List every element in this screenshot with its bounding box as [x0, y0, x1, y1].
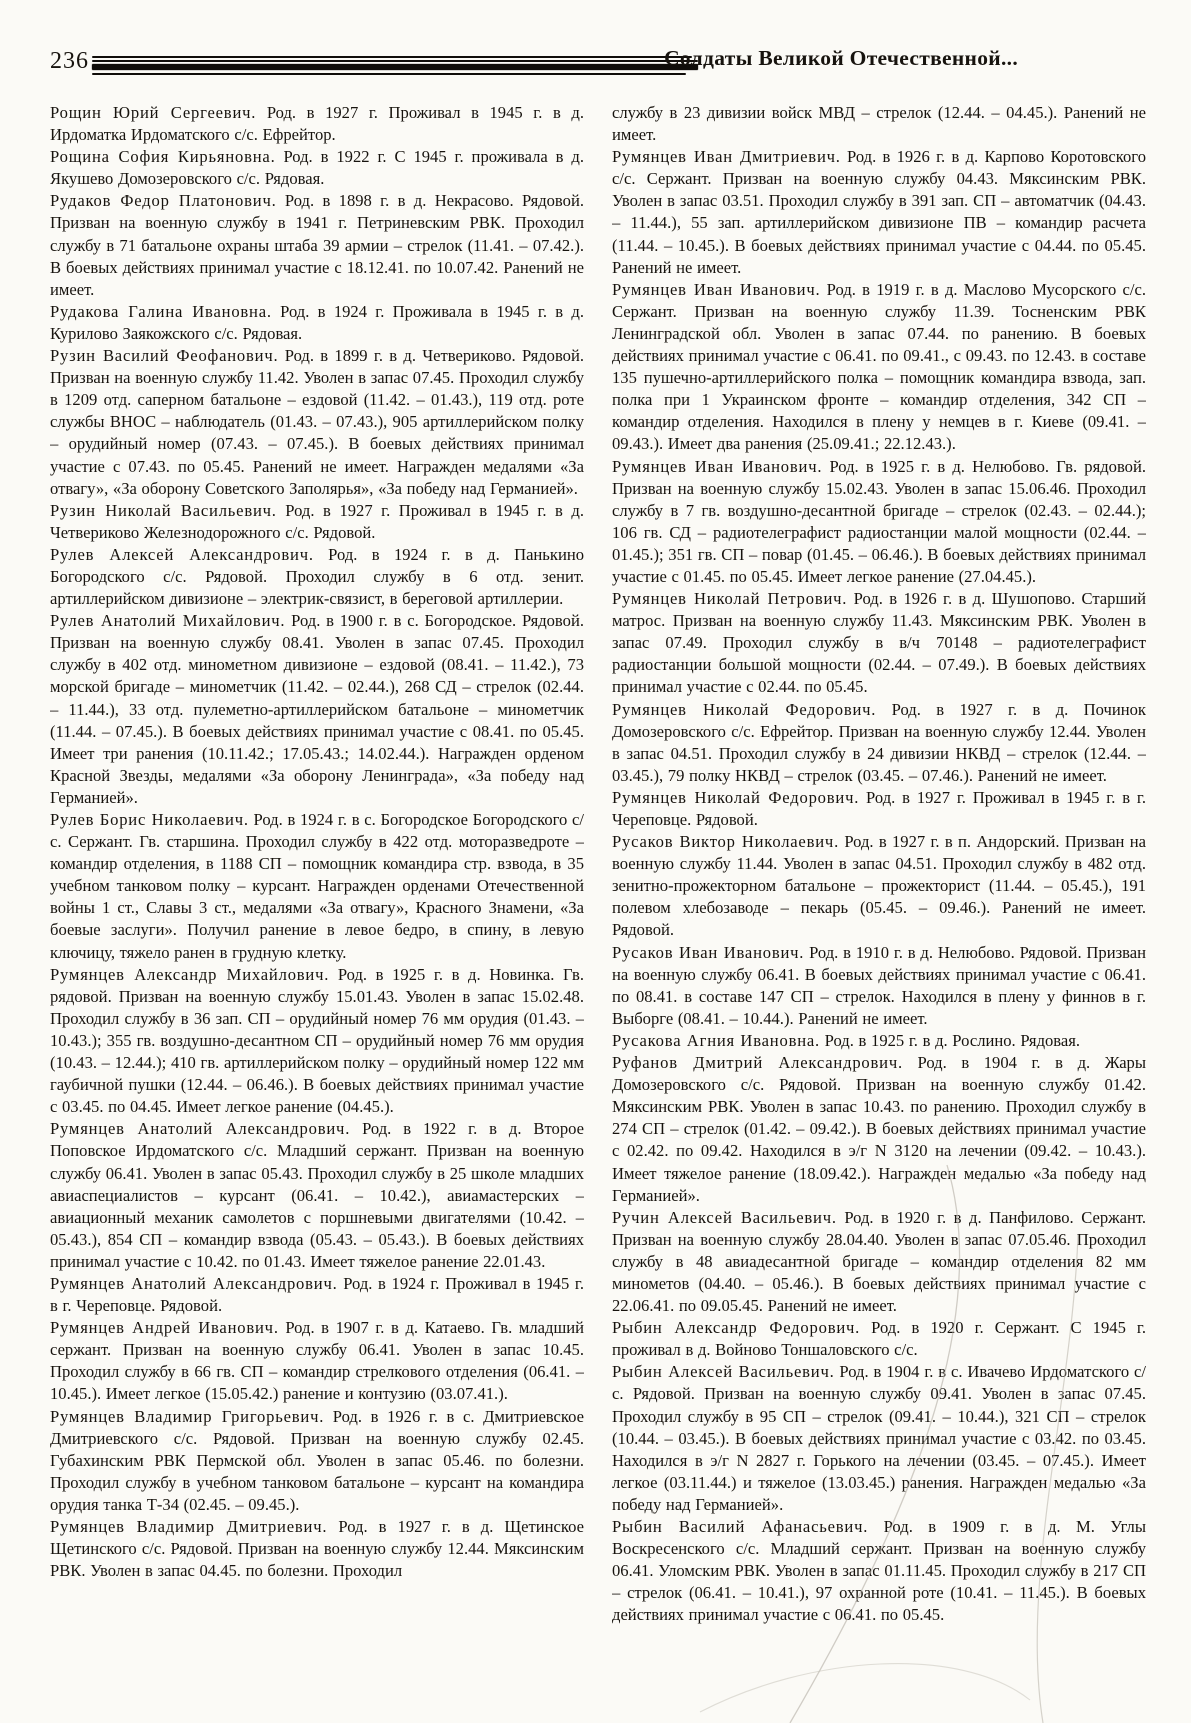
soldier-name: Рулев Борис Николаевич. [50, 810, 249, 829]
soldier-name: Рыбин Алексей Васильевич. [612, 1362, 835, 1381]
soldier-name: Румянцев Владимир Дмитриевич. [50, 1517, 327, 1536]
biography-entry: Рузин Василий Феофанович. Род. в 1899 г.… [50, 345, 584, 500]
biography-entry: Румянцев Иван Дмитриевич. Род. в 1926 г.… [612, 146, 1146, 279]
biography-entry: Румянцев Анатолий Александрович. Род. в … [50, 1118, 584, 1273]
biography-entry: Руфанов Дмитрий Александрович. Род. в 19… [612, 1052, 1146, 1207]
soldier-name: Русаков Иван Иванович. [612, 943, 804, 962]
biography-entry: Рыбин Алексей Васильевич. Род. в 1904 г.… [612, 1361, 1146, 1516]
soldier-name: Румянцев Иван Дмитриевич. [612, 147, 841, 166]
soldier-name: Рудаков Федор Платонович. [50, 191, 277, 210]
biography-entry: Рулев Анатолий Михайлович. Род. в 1900 г… [50, 610, 584, 809]
biography-entry: Рощин Юрий Сергеевич. Род. в 1927 г. Про… [50, 102, 584, 146]
soldier-name: Рощин Юрий Сергеевич. [50, 103, 256, 122]
rule-line-thick [92, 64, 698, 70]
biography-entry: Румянцев Иван Иванович. Род. в 1925 г. в… [612, 456, 1146, 589]
biography-entry: Рыбин Александр Федорович. Род. в 1920 г… [612, 1317, 1146, 1361]
biography-entry: Румянцев Андрей Иванович. Род. в 1907 г.… [50, 1317, 584, 1405]
biography-entry: Румянцев Николай Петрович. Род. в 1926 г… [612, 588, 1146, 698]
rule-line [92, 56, 692, 58]
biography-entry: Русаков Иван Иванович. Род. в 1910 г. в … [612, 942, 1146, 1030]
soldier-name: Рыбин Александр Федорович. [612, 1318, 860, 1337]
book-page: 236 Солдаты Великой Отечественной... Рощ… [0, 0, 1191, 1723]
soldier-name: Румянцев Александр Михайлович. [50, 965, 329, 984]
page-number: 236 [50, 48, 89, 75]
soldier-name: Рузин Василий Феофанович. [50, 346, 278, 365]
biography-entry: Ручин Алексей Васильевич. Род. в 1920 г.… [612, 1207, 1146, 1317]
text-columns: Рощин Юрий Сергеевич. Род. в 1927 г. Про… [50, 102, 1146, 1716]
biography-entry: Румянцев Владимир Григорьевич. Род. в 19… [50, 1406, 584, 1516]
biography-entry: Рудакова Галина Ивановна. Род. в 1924 г.… [50, 301, 584, 345]
soldier-name: Румянцев Иван Иванович. [612, 457, 822, 476]
header-rule [92, 56, 698, 75]
biography-entry: Румянцев Владимир Дмитриевич. Род. в 192… [50, 1516, 584, 1582]
right-column: службу в 23 дивизии войск МВД – стрелок … [612, 102, 1146, 1716]
rule-line [92, 60, 698, 62]
biography-entry: Рузин Николай Васильевич. Род. в 1927 г.… [50, 500, 584, 544]
soldier-name: Рощина София Кирьяновна. [50, 147, 276, 166]
soldier-name: Румянцев Николай Федорович. [612, 788, 859, 807]
soldier-name: Рыбин Василий Афанасьевич. [612, 1517, 868, 1536]
soldier-name: Румянцев Иван Иванович. [612, 280, 820, 299]
soldier-name: Румянцев Владимир Григорьевич. [50, 1407, 324, 1426]
soldier-name: Румянцев Николай Петрович. [612, 589, 847, 608]
soldier-name: Русакова Агния Ивановна. [612, 1031, 820, 1050]
soldier-name: Рудакова Галина Ивановна. [50, 302, 272, 321]
soldier-name: Русаков Виктор Николаевич. [612, 832, 839, 851]
biography-entry: Румянцев Николай Федорович. Род. в 1927 … [612, 699, 1146, 787]
soldier-name: Ручин Алексей Васильевич. [612, 1208, 837, 1227]
biography-entry: Рулев Алексей Александрович. Род. в 1924… [50, 544, 584, 610]
biography-entry: Русакова Агния Ивановна. Род. в 1925 г. … [612, 1030, 1146, 1052]
page-header: 236 Солдаты Великой Отечественной... [50, 44, 1146, 84]
biography-entry: Рулев Борис Николаевич. Род. в 1924 г. в… [50, 809, 584, 964]
soldier-name: Румянцев Анатолий Александрович. [50, 1119, 350, 1138]
soldier-name: Рулев Анатолий Михайлович. [50, 611, 285, 630]
biography-entry: Рыбин Василий Афанасьевич. Род. в 1909 г… [612, 1516, 1146, 1626]
soldier-name: Руфанов Дмитрий Александрович. [612, 1053, 903, 1072]
soldier-name: Румянцев Анатолий Александрович. [50, 1274, 338, 1293]
biography-entry: Румянцев Иван Иванович. Род. в 1919 г. в… [612, 279, 1146, 456]
biography-entry: Румянцев Николай Федорович. Род. в 1927 … [612, 787, 1146, 831]
biography-entry: Румянцев Александр Михайлович. Род. в 19… [50, 964, 584, 1119]
biography-entry: Русаков Виктор Николаевич. Род. в 1927 г… [612, 831, 1146, 941]
rule-line [92, 73, 686, 75]
soldier-name: Рузин Николай Васильевич. [50, 501, 277, 520]
left-column: Рощин Юрий Сергеевич. Род. в 1927 г. Про… [50, 102, 584, 1716]
running-title: Солдаты Великой Отечественной... [664, 46, 1018, 71]
soldier-name: Румянцев Николай Федорович. [612, 700, 876, 719]
soldier-name: Румянцев Андрей Иванович. [50, 1318, 279, 1337]
soldier-name: Рулев Алексей Александрович. [50, 545, 314, 564]
biography-entry: Рудаков Федор Платонович. Род. в 1898 г.… [50, 190, 584, 300]
biography-entry: Румянцев Анатолий Александрович. Род. в … [50, 1273, 584, 1317]
biography-entry: Рощина София Кирьяновна. Род. в 1922 г. … [50, 146, 584, 190]
entry-continuation: службу в 23 дивизии войск МВД – стрелок … [612, 102, 1146, 146]
